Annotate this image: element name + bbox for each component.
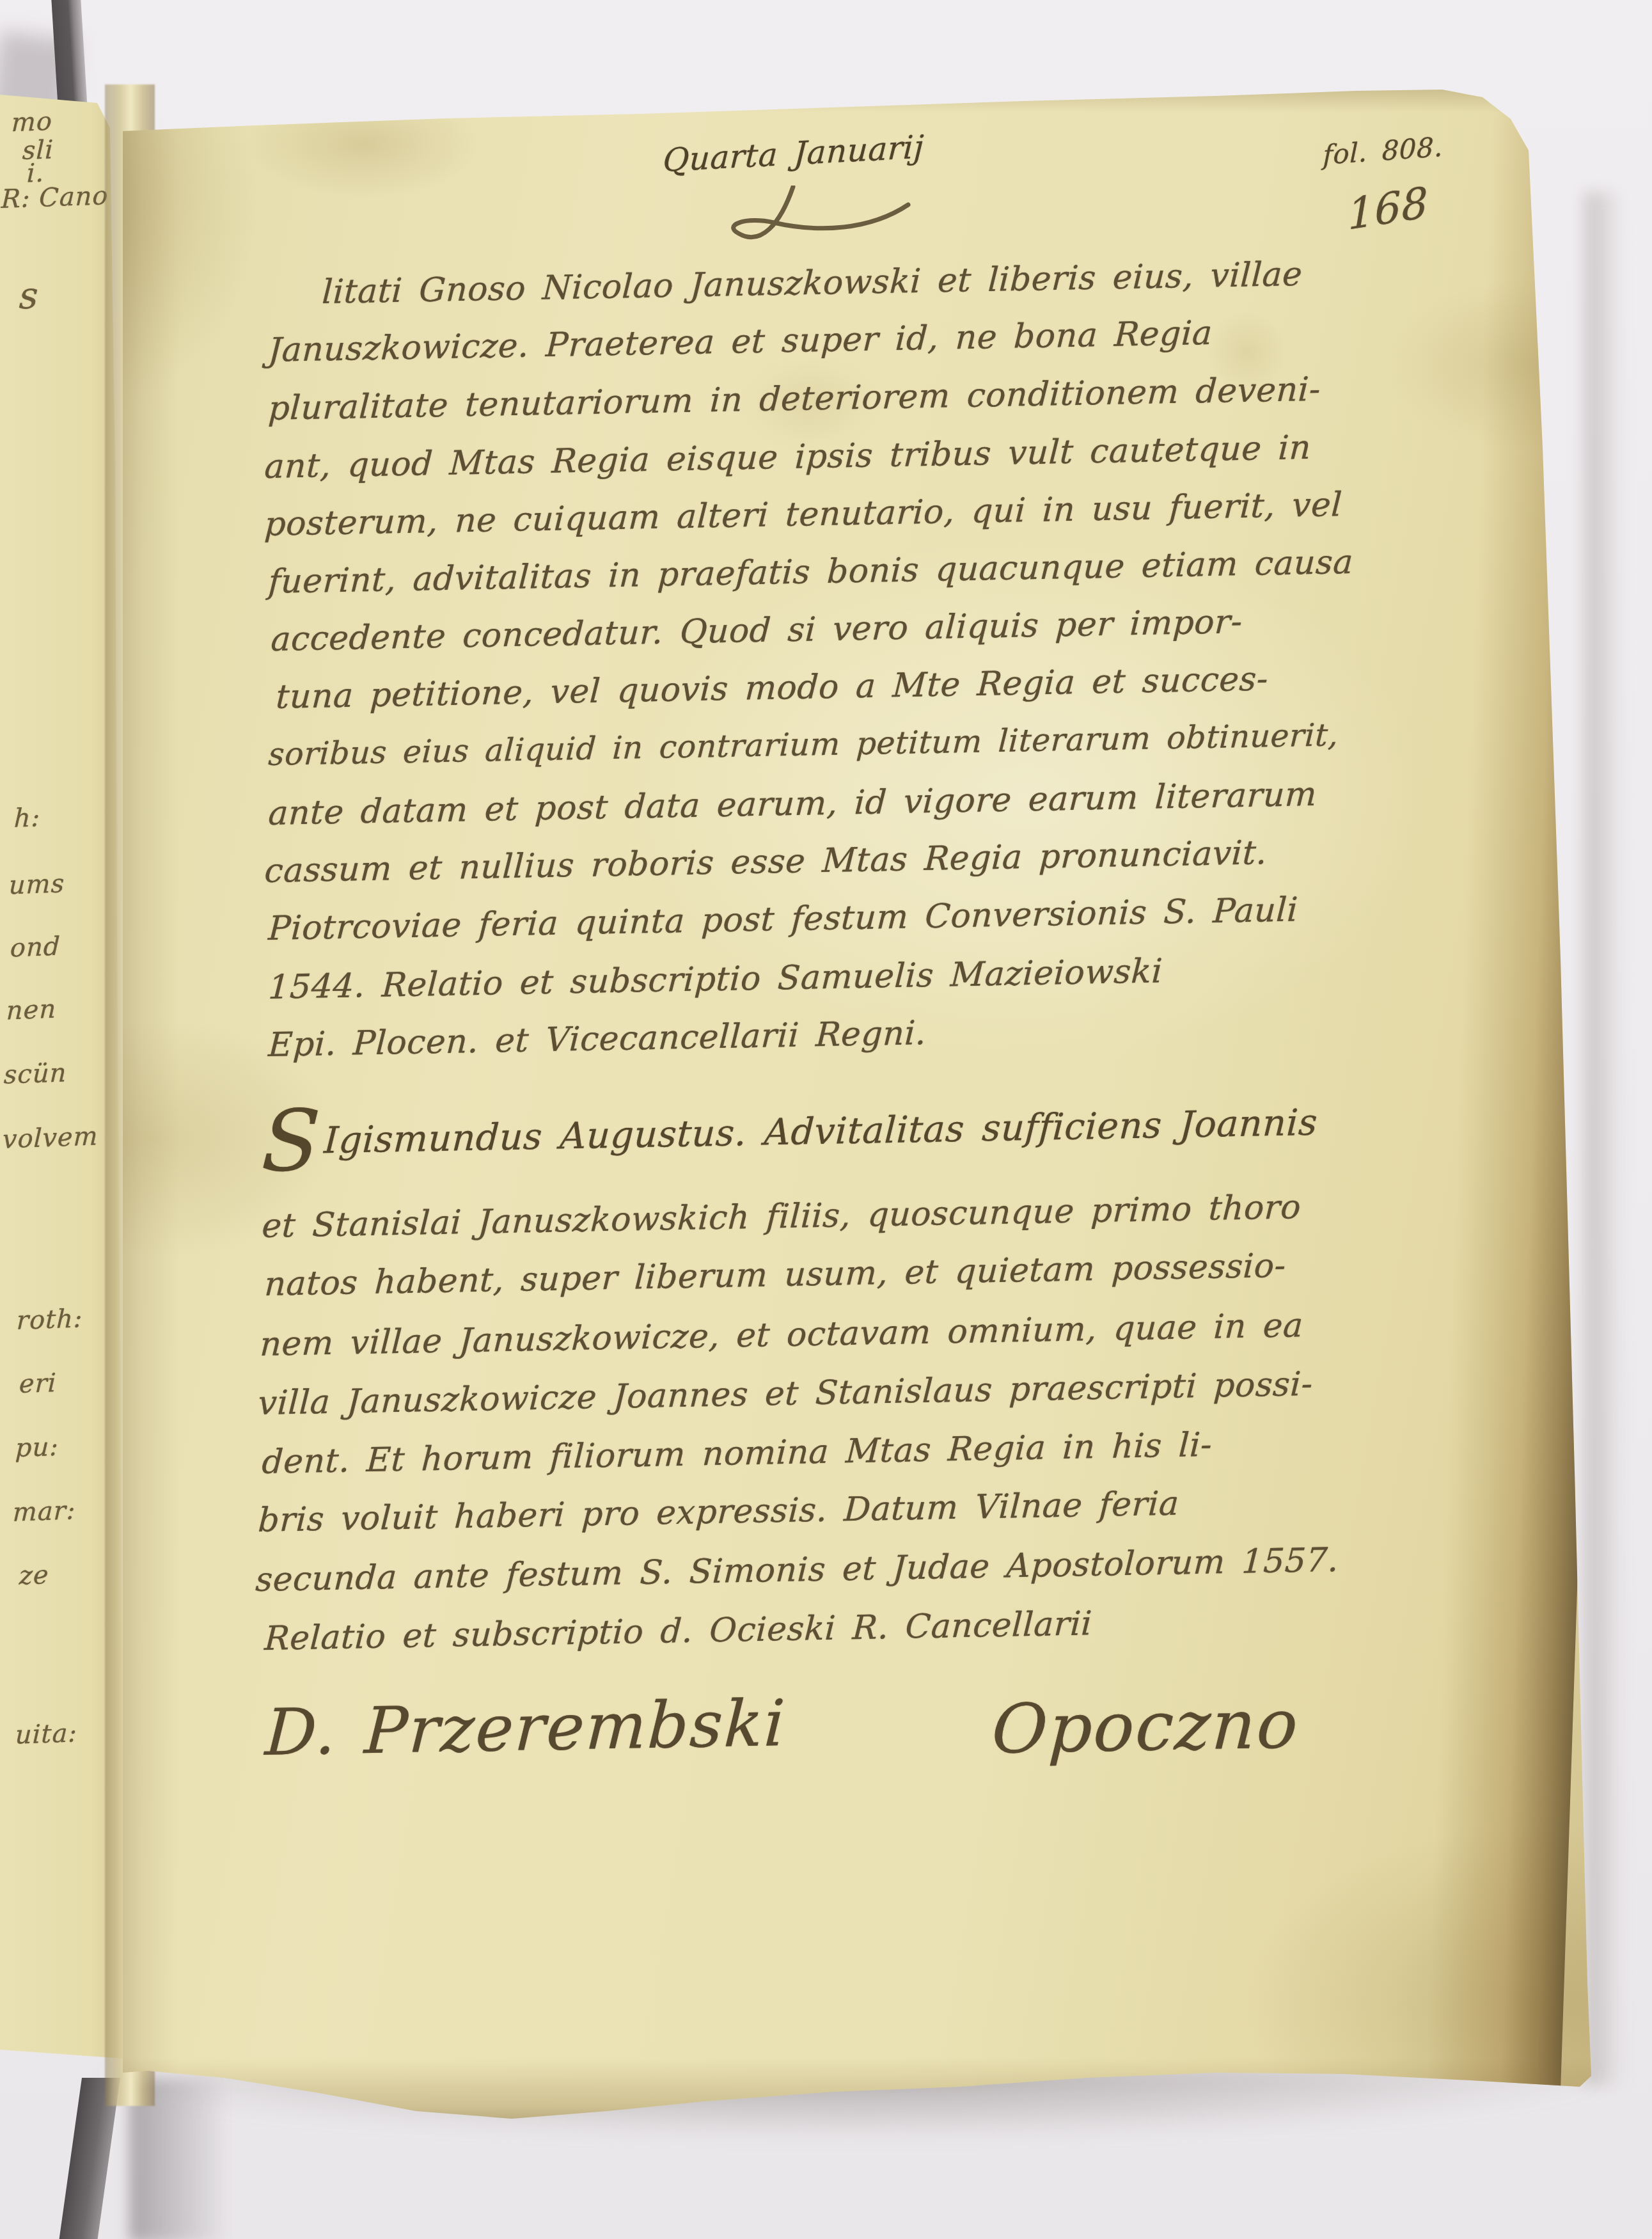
page-number: 168	[1348, 177, 1429, 240]
manuscript-scan: mo sli i. R: Cano s h: ums ond nen scün …	[0, 0, 1652, 2239]
manuscript-line: Januszkowicze. Praeterea et super id, ne…	[267, 313, 1213, 371]
manuscript-line: cassum et nullius roboris esse Mtas Regi…	[264, 832, 1268, 892]
facing-page-fragment: s	[19, 273, 40, 317]
facing-page-fragment: nen	[6, 995, 57, 1026]
manuscript-line: Epi. Plocen. et Vicecancellarii Regni.	[267, 1013, 927, 1066]
facing-page-fragment: mo	[11, 107, 53, 138]
decorated-initial: S	[260, 1091, 323, 1191]
heading-text: Igismundus Augustus. Advitalitas suffici…	[323, 1102, 1319, 1162]
facing-page-fragment: eri	[19, 1368, 57, 1399]
facing-page-fragment: R: Cano	[1, 181, 109, 214]
manuscript-line: ant, quod Mtas Regia eisque ipsis tribus…	[264, 427, 1312, 487]
facing-page-fragment: scün	[3, 1058, 67, 1090]
running-head-flourish	[684, 186, 915, 256]
manuscript-heading-line: SIgismundus Augustus. Advitalitas suffic…	[261, 1102, 1319, 1163]
manuscript-line: fuerint, advitalitas in praefatis bonis …	[267, 542, 1354, 603]
facing-page-fragment: pu:	[15, 1432, 59, 1463]
manuscript-line: Piotrcoviae feria quinta post festum Con…	[267, 889, 1299, 949]
manuscript-line: accedente concedatur. Quod si vero aliqu…	[270, 601, 1243, 660]
manuscript-line: Relatio et subscriptio d. Ocieski R. Can…	[264, 1603, 1093, 1659]
running-head: Quarta Januarij	[662, 128, 925, 179]
manuscript-line: natos habent, super liberum usum, et qui…	[264, 1246, 1287, 1305]
facing-page-fragment: ums	[8, 869, 65, 900]
facing-page-fragment: roth:	[16, 1304, 83, 1336]
page-drop-shadow-right	[1585, 192, 1623, 2085]
signature-right: Opoczno	[990, 1684, 1301, 1769]
signature-left: D. Przerembski	[264, 1686, 788, 1770]
manuscript-line: secunda ante festum S. Simonis et Judae …	[255, 1540, 1340, 1601]
manuscript-line: nem villae Januszkowicze, et octavam omn…	[259, 1305, 1304, 1365]
folio-mark: fol. 808.	[1323, 131, 1443, 171]
manuscript-line: 1544. Relatio et subscriptio Samuelis Ma…	[267, 951, 1163, 1008]
manuscript-page: Quarta Januarij fol. 808. 168 litati Gno…	[96, 83, 1596, 2124]
manuscript-line: litati Gnoso Nicolao Januszkowski et lib…	[321, 254, 1303, 313]
facing-page-fragment: ond	[10, 932, 61, 963]
manuscript-line: ante datam et post data earum, id vigore…	[267, 774, 1318, 834]
manuscript-line: soribus eius aliquid in contrarium petit…	[267, 715, 1339, 775]
manuscript-line: tuna petitione, vel quovis modo a Mte Re…	[275, 658, 1270, 718]
manuscript-line: bris voluit haberi pro expressis. Datum …	[257, 1483, 1180, 1541]
manuscript-line: villa Januszkowicze Joannes et Stanislau…	[257, 1364, 1314, 1424]
manuscript-line: posterum, ne cuiquam alteri tenutario, q…	[264, 484, 1343, 545]
facing-page-fragment: uita:	[15, 1718, 78, 1750]
top-edge-band	[96, 83, 1596, 113]
facing-page-fragment: ze	[19, 1560, 49, 1591]
facing-page-fragment: mar:	[12, 1496, 76, 1528]
facing-page-fragment: h:	[13, 803, 41, 834]
facing-page-fragment: volvem	[2, 1121, 98, 1154]
manuscript-line: et Stanislai Januszkowskich filiis, quos…	[261, 1187, 1302, 1247]
manuscript-line: pluralitate tenutariorum in deteriorem c…	[267, 369, 1322, 429]
manuscript-line: dent. Et horum filiorum nomina Mtas Regi…	[261, 1425, 1213, 1483]
